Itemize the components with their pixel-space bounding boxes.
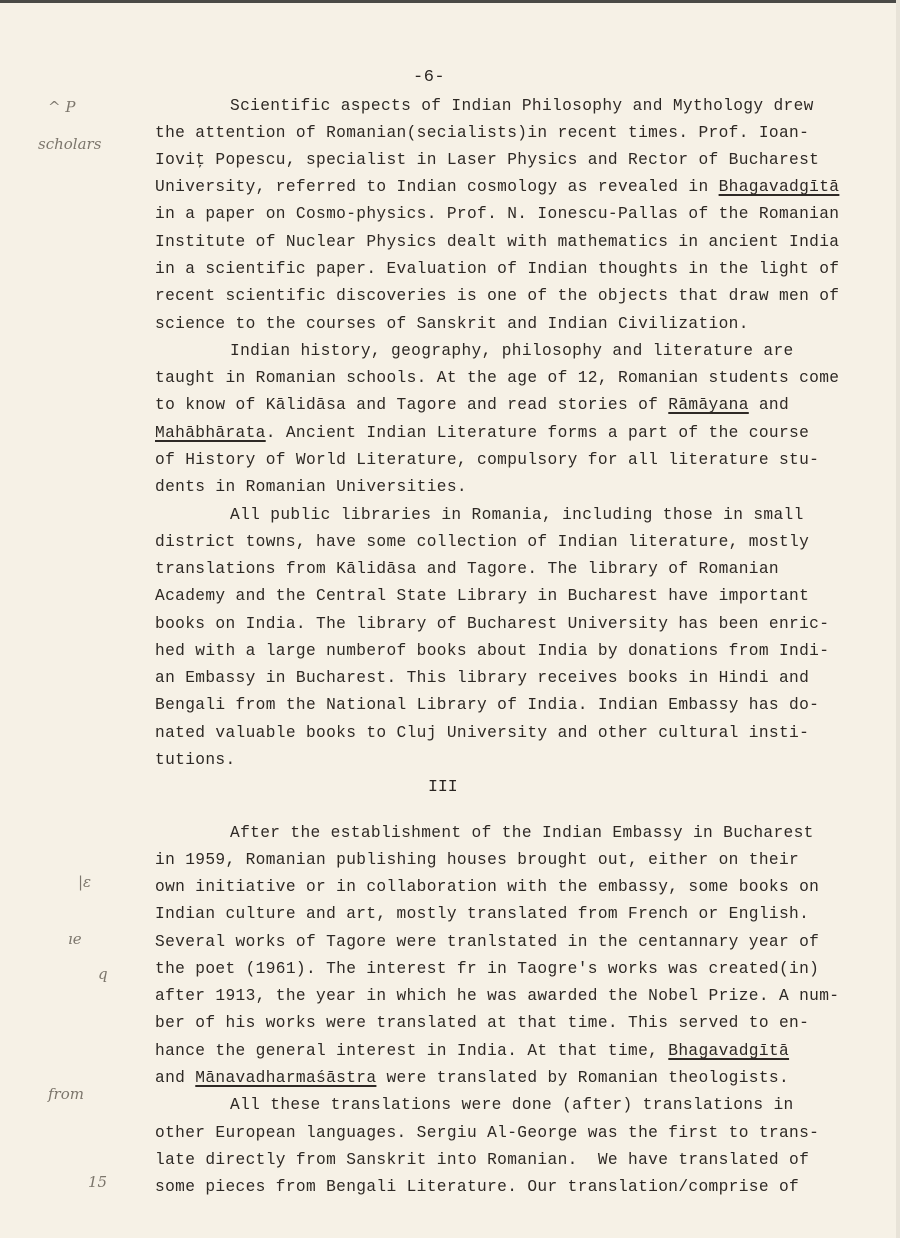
text-line: Ioviţ Popescu, specialist in Laser Physi…: [155, 150, 819, 170]
page-number: -6-: [413, 68, 445, 87]
scan-right-edge: [896, 0, 900, 1238]
underlined-title: Mahābhārata: [155, 424, 266, 442]
scan-top-edge: [0, 0, 900, 3]
text-line: All these translations were done (after)…: [230, 1095, 794, 1115]
text-line: other European languages. Sergiu Al-Geor…: [155, 1123, 819, 1143]
text-line: dents in Romanian Universities.: [155, 477, 467, 497]
text-line: after 1913, the year in which he was awa…: [155, 986, 839, 1006]
document-page: -6- III Scientific aspects of Indian Phi…: [0, 0, 900, 1238]
text-line: in a paper on Cosmo-physics. Prof. N. Io…: [155, 204, 839, 224]
text-line: Several works of Tagore were tranlstated…: [155, 932, 819, 952]
text-line: ber of his works were translated at that…: [155, 1013, 809, 1033]
text-line: taught in Romanian schools. At the age o…: [155, 368, 839, 388]
handwritten-annotation: ıe: [68, 930, 82, 948]
text-line: and Mānavadharmaśāstra were translated b…: [155, 1068, 789, 1088]
text-line: recent scientific discoveries is one of …: [155, 286, 839, 306]
handwritten-annotation: |ε: [78, 873, 91, 891]
text-line: some pieces from Bengali Literature. Our…: [155, 1177, 799, 1197]
text-line: district towns, have some collection of …: [155, 532, 809, 552]
underlined-title: Rāmāyana: [668, 396, 749, 414]
text-segment: and: [155, 1069, 195, 1087]
text-line: Mahābhārata. Ancient Indian Literature f…: [155, 423, 809, 443]
text-line: science to the courses of Sanskrit and I…: [155, 314, 749, 334]
text-segment: and: [749, 396, 789, 414]
text-line: late directly from Sanskrit into Romania…: [155, 1150, 809, 1170]
text-line: to know of Kālidāsa and Tagore and read …: [155, 395, 789, 415]
handwritten-annotation: ^ P: [48, 98, 75, 116]
text-line: Scientific aspects of Indian Philosophy …: [230, 96, 814, 116]
text-line: an Embassy in Bucharest. This library re…: [155, 668, 809, 688]
text-line: nated valuable books to Cluj University …: [155, 723, 809, 743]
text-line: Bengali from the National Library of Ind…: [155, 695, 819, 715]
text-line: own initiative or in collaboration with …: [155, 877, 819, 897]
text-line: Indian culture and art, mostly translate…: [155, 904, 809, 924]
handwritten-annotation: 15: [88, 1173, 107, 1191]
underlined-title: Bhagavadgītā: [719, 178, 840, 196]
text-line: in 1959, Romanian publishing houses brou…: [155, 850, 799, 870]
text-segment: University, referred to Indian cosmology…: [155, 178, 719, 196]
text-line: Institute of Nuclear Physics dealt with …: [155, 232, 839, 252]
text-line: the attention of Romanian(secialists)in …: [155, 123, 809, 143]
text-line: in a scientific paper. Evaluation of Ind…: [155, 259, 839, 279]
text-line: of History of World Literature, compulso…: [155, 450, 819, 470]
text-line: the poet (1961). The interest fr in Taog…: [155, 959, 819, 979]
text-line: tutions.: [155, 750, 236, 770]
text-line: After the establishment of the Indian Em…: [230, 823, 814, 843]
underlined-title: Mānavadharmaśāstra: [195, 1069, 376, 1087]
text-segment: to know of Kālidāsa and Tagore and read …: [155, 396, 668, 414]
text-line: Academy and the Central State Library in…: [155, 586, 809, 606]
text-line: hed with a large numberof books about In…: [155, 641, 829, 661]
text-segment: hance the general interest in India. At …: [155, 1042, 668, 1060]
handwritten-annotation: q: [98, 965, 108, 983]
handwritten-annotation: scholars: [38, 135, 101, 153]
handwritten-annotation: from: [48, 1085, 84, 1103]
text-line: translations from Kālidāsa and Tagore. T…: [155, 559, 779, 579]
text-line: All public libraries in Romania, includi…: [230, 505, 804, 525]
text-line: Indian history, geography, philosophy an…: [230, 341, 794, 361]
text-segment: were translated by Romanian theologists.: [376, 1069, 789, 1087]
text-line: books on India. The library of Bucharest…: [155, 614, 829, 634]
section-heading: III: [428, 777, 458, 796]
text-line: hance the general interest in India. At …: [155, 1041, 789, 1061]
underlined-title: Bhagavadgītā: [668, 1042, 789, 1060]
text-segment: . Ancient Indian Literature forms a part…: [266, 424, 809, 442]
text-line: University, referred to Indian cosmology…: [155, 177, 839, 197]
